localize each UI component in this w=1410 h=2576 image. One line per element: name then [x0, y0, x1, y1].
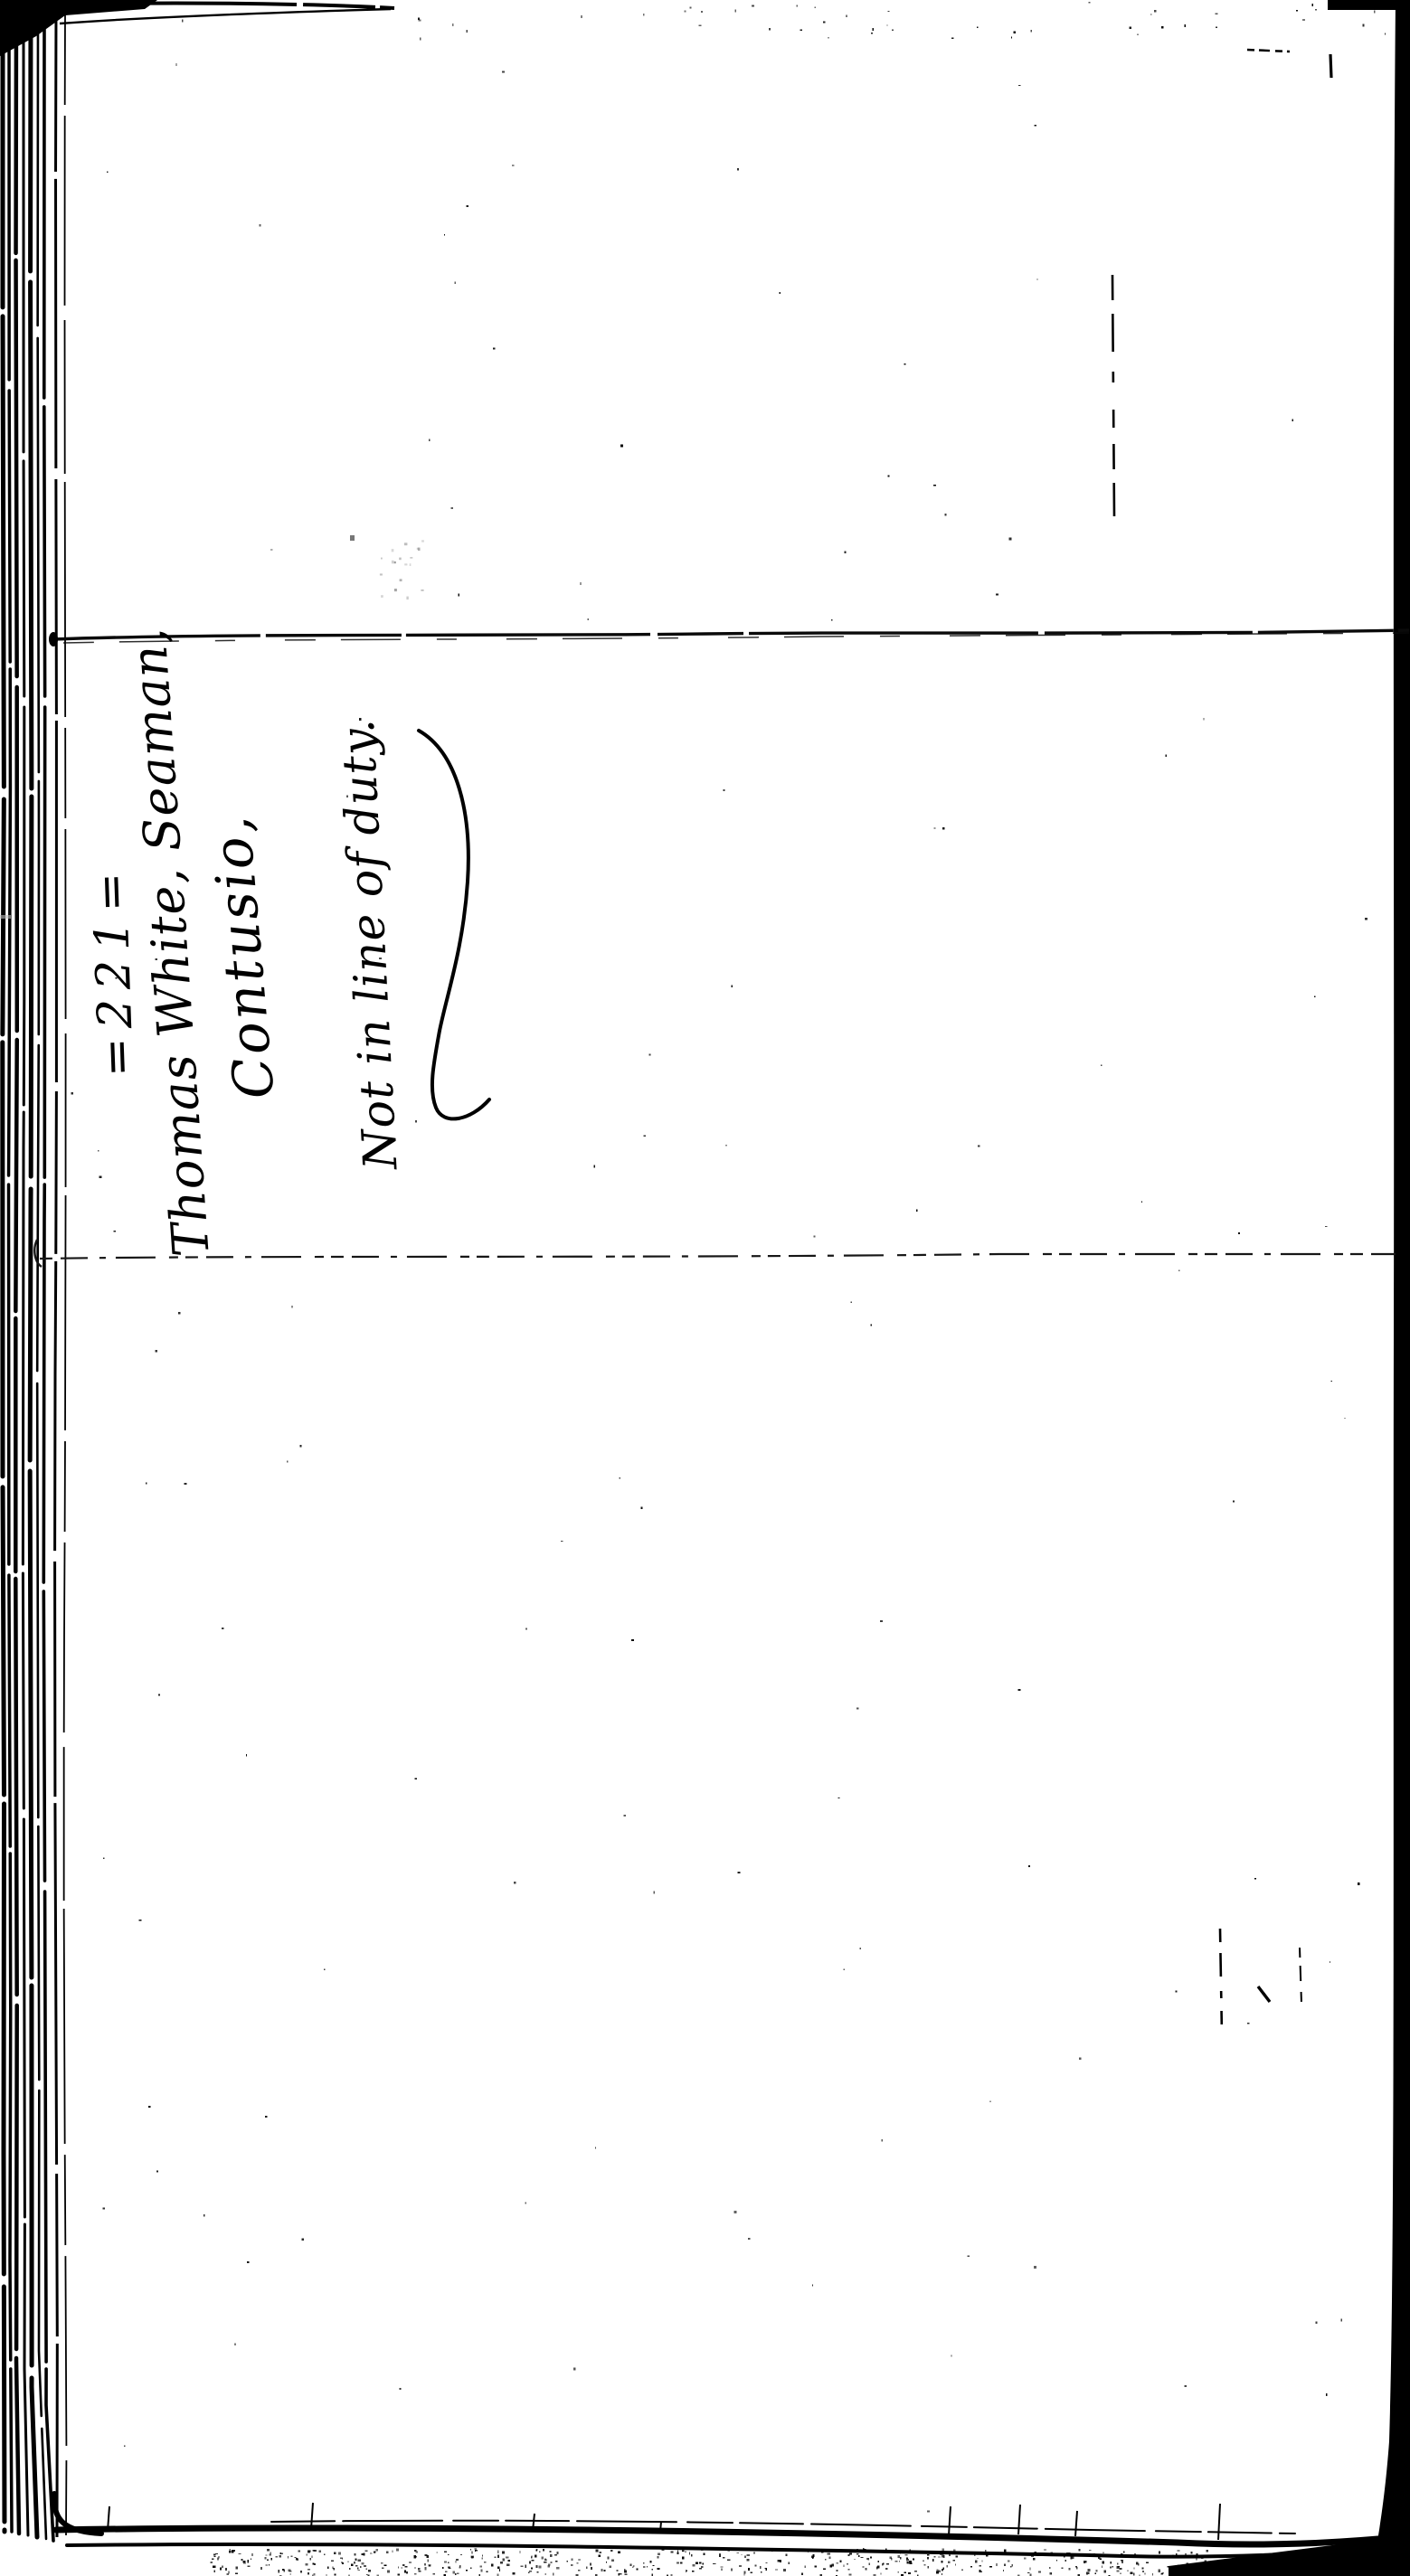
top-edge-noise-specks	[418, 2, 1386, 40]
left-binding-edge	[2, 0, 53, 2541]
smudge-dark-dot	[350, 535, 355, 541]
right-page-edge-shadow	[1371, 0, 1410, 2576]
section-divider-lower	[34, 1240, 1396, 1267]
page-noise-specks	[71, 20, 1367, 2513]
section-divider-upper	[49, 630, 1409, 646]
entry-number: =221=	[87, 863, 141, 1078]
scanned-document-page: =221= Thomas White, Seaman, Contusio, No…	[0, 0, 1410, 2576]
ink-smudge	[380, 540, 424, 599]
scan-artifacts-layer	[0, 0, 1410, 2576]
scratch-marks	[1112, 275, 1301, 2035]
bottom-edge-noise-specks	[211, 2548, 1209, 2576]
page-top-edge-line	[16, 4, 1331, 78]
flourish-brace	[419, 731, 489, 1118]
page-left-edge-line	[55, 9, 67, 2537]
binding-gray-dash	[0, 915, 11, 919]
page-bottom-edge-lines	[54, 2494, 1398, 2557]
